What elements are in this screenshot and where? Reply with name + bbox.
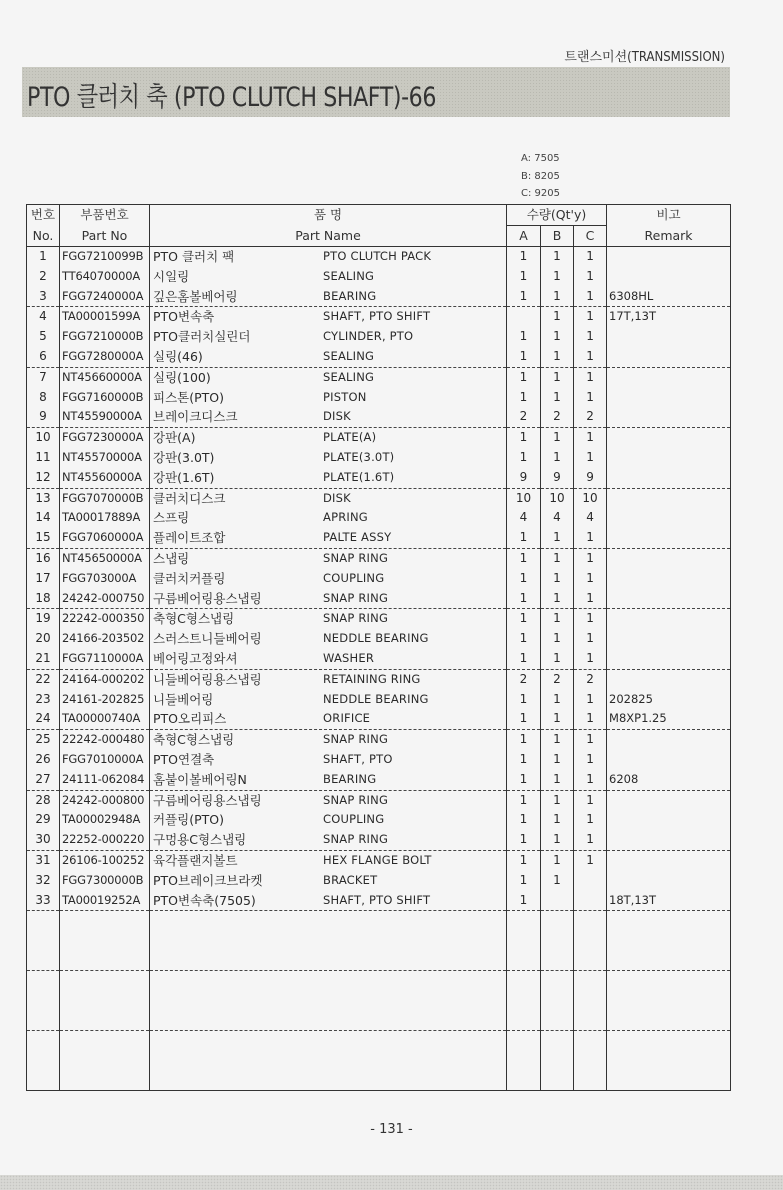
part-name-korean: 축형C형스냅링 (153, 609, 234, 629)
remark: 6308HL (607, 287, 731, 307)
part-name-english: SNAP RING (323, 830, 388, 850)
part-name-english: SEALING (323, 267, 374, 287)
part-number: 26106-100252 (60, 850, 150, 870)
row-number: 33 (27, 891, 60, 911)
part-name-english: PLATE(1.6T) (323, 468, 394, 488)
qty-b: 1 (541, 730, 574, 750)
qty-c: 1 (574, 629, 607, 649)
scan-edge (0, 1175, 783, 1190)
part-name-english: SNAP RING (323, 549, 388, 569)
qty-a: 1 (507, 871, 541, 891)
row-number: 1 (27, 247, 60, 267)
row-number: 28 (27, 790, 60, 810)
part-name-korean: 피스톤(PTO) (153, 388, 224, 408)
row-number: 30 (27, 830, 60, 850)
model-b: B: 8205 (521, 168, 560, 186)
remark: 6208 (607, 770, 731, 790)
qty-b: 1 (541, 267, 574, 287)
header-qty-c: C (574, 226, 607, 247)
part-name-korean: 브레이크디스크 (153, 407, 238, 427)
qty-a: 1 (507, 247, 541, 267)
table-row: 17FGG703000A클러치커플링COUPLING111 (27, 569, 731, 589)
remark (607, 428, 731, 448)
part-name-english: PLATE(A) (323, 428, 376, 448)
blank-cell (27, 911, 60, 971)
header-no-en: No. (27, 226, 60, 247)
page-title: PTO 클러치 축 (PTO CLUTCH SHAFT)-66 (27, 75, 436, 114)
row-number: 7 (27, 367, 60, 387)
table-row: 3126106-100252육각플랜지볼트HEX FLANGE BOLT111 (27, 850, 731, 870)
row-number: 32 (27, 871, 60, 891)
table-row: 2TT64070000A시일링SEALING111 (27, 267, 731, 287)
table-row: 2024166-203502스러스트니들베어링NEDDLE BEARING111 (27, 629, 731, 649)
part-name: PTO연결축SHAFT, PTO (150, 750, 507, 770)
qty-a: 1 (507, 629, 541, 649)
qty-a: 1 (507, 367, 541, 387)
part-name-english: HEX FLANGE BOLT (323, 851, 432, 871)
blank-row (27, 1031, 731, 1091)
part-name-korean: PTO 클러치 팩 (153, 247, 234, 267)
part-number: NT45660000A (60, 367, 150, 387)
part-name: PTO클러치실린더CYLINDER, PTO (150, 327, 507, 347)
part-number: FGG7240000A (60, 287, 150, 307)
title-banner: PTO 클러치 축 (PTO CLUTCH SHAFT)-66 (22, 67, 730, 117)
blank-cell (574, 971, 607, 1031)
header-part-no-kr: 부품번호 (60, 205, 150, 226)
header-part-no-en: Part No (60, 226, 150, 247)
qty-c: 1 (574, 428, 607, 448)
part-name-english: PTO CLUTCH PACK (323, 247, 431, 267)
part-name-korean: 니들베어링용스냅링 (153, 670, 262, 690)
remark (607, 810, 731, 830)
qty-c: 1 (574, 548, 607, 568)
qty-b: 1 (541, 790, 574, 810)
part-name-english: SNAP RING (323, 609, 388, 629)
qty-a: 2 (507, 407, 541, 427)
row-number: 25 (27, 730, 60, 750)
part-number: 24242-000800 (60, 790, 150, 810)
qty-b: 1 (541, 750, 574, 770)
qty-c: 1 (574, 609, 607, 629)
part-name-korean: 실링(100) (153, 368, 211, 388)
table-row: 2724111-062084홈붙이볼베어링NBEARING1116208 (27, 770, 731, 790)
row-number: 31 (27, 850, 60, 870)
blank-cell (507, 1031, 541, 1091)
qty-c: 1 (574, 709, 607, 729)
qty-a: 2 (507, 669, 541, 689)
remark (607, 247, 731, 267)
qty-a: 1 (507, 830, 541, 850)
table-row: 2324161-202825니들베어링NEDDLE BEARING1112028… (27, 690, 731, 710)
table-row: 3022252-000220구멍용C형스냅링SNAP RING111 (27, 830, 731, 850)
part-name-english: BEARING (323, 770, 376, 790)
part-number: TA00019252A (60, 891, 150, 911)
qty-a: 1 (507, 730, 541, 750)
part-name-korean: PTO변속축 (153, 307, 214, 327)
part-name: 브레이크디스크DISK (150, 407, 507, 427)
blank-cell (541, 971, 574, 1031)
part-name: 스러스트니들베어링NEDDLE BEARING (150, 629, 507, 649)
qty-c: 1 (574, 388, 607, 408)
qty-a: 1 (507, 589, 541, 609)
part-name: PTO변속축SHAFT, PTO SHIFT (150, 307, 507, 327)
row-number: 14 (27, 508, 60, 528)
part-number: 24111-062084 (60, 770, 150, 790)
row-number: 10 (27, 428, 60, 448)
part-name: 스프링APRING (150, 508, 507, 528)
remark (607, 569, 731, 589)
part-name: 클러치커플링COUPLING (150, 569, 507, 589)
qty-a: 1 (507, 649, 541, 669)
qty-a: 1 (507, 709, 541, 729)
part-name: 커플링(PTO)COUPLING (150, 810, 507, 830)
table-row: 24TA00000740APTO오리피스ORIFICE111M8XP1.25 (27, 709, 731, 729)
row-number: 6 (27, 347, 60, 367)
qty-b: 1 (541, 810, 574, 830)
part-name-english: PALTE ASSY (323, 528, 391, 548)
part-name: 강판(1.6T)PLATE(1.6T) (150, 468, 507, 488)
qty-b: 1 (541, 367, 574, 387)
qty-c: 1 (574, 448, 607, 468)
blank-cell (150, 911, 507, 971)
part-name: PTO오리피스ORIFICE (150, 709, 507, 729)
part-name: 강판(A)PLATE(A) (150, 428, 507, 448)
part-name: PTO 클러치 팩PTO CLUTCH PACK (150, 247, 507, 267)
qty-a: 1 (507, 891, 541, 911)
qty-b: 1 (541, 690, 574, 710)
table-row: 2224164-000202니들베어링용스냅링RETAINING RING222 (27, 669, 731, 689)
part-name-korean: 커플링(PTO) (153, 810, 224, 830)
part-name-korean: 홈붙이볼베어링N (153, 770, 247, 790)
part-name-korean: 구름베어링용스냅링 (153, 589, 262, 609)
remark (607, 347, 731, 367)
table-row: 32FGG7300000BPTO브레이크브라켓BRACKET11 (27, 871, 731, 891)
qty-a: 1 (507, 448, 541, 468)
part-name-korean: 스프링 (153, 508, 189, 528)
parts-table-body: 1FGG7210099BPTO 클러치 팩PTO CLUTCH PACK1112… (27, 247, 731, 1091)
qty-c: 2 (574, 407, 607, 427)
part-name-korean: 스냅링 (153, 549, 189, 569)
part-name-english: SHAFT, PTO SHIFT (323, 307, 430, 327)
qty-c: 1 (574, 287, 607, 307)
part-name-korean: 강판(3.0T) (153, 448, 214, 468)
header-remark-kr: 비고 (607, 205, 731, 226)
part-name-english: PLATE(3.0T) (323, 448, 394, 468)
part-name: 축형C형스냅링SNAP RING (150, 730, 507, 750)
table-row: 10FGG7230000A강판(A)PLATE(A)111 (27, 428, 731, 448)
qty-b: 1 (541, 609, 574, 629)
table-row: 33TA00019252APTO변속축(7505)SHAFT, PTO SHIF… (27, 891, 731, 911)
qty-a: 1 (507, 388, 541, 408)
part-number: TA00017889A (60, 508, 150, 528)
remark (607, 629, 731, 649)
part-name-korean: 실링(46) (153, 347, 203, 367)
qty-a: 4 (507, 508, 541, 528)
qty-c: 1 (574, 790, 607, 810)
part-name: 피스톤(PTO)PISTON (150, 388, 507, 408)
part-number: TA00001599A (60, 307, 150, 327)
part-name: 니들베어링용스냅링RETAINING RING (150, 669, 507, 689)
qty-c: 1 (574, 850, 607, 870)
blank-cell (60, 971, 150, 1031)
qty-a: 1 (507, 569, 541, 589)
part-name-korean: 베어링고정와셔 (153, 649, 238, 669)
qty-c: 1 (574, 528, 607, 548)
part-name-korean: 클러치커플링 (153, 569, 225, 589)
row-number: 9 (27, 407, 60, 427)
part-number: TA00002948A (60, 810, 150, 830)
qty-a: 1 (507, 428, 541, 448)
part-name: 육각플랜지볼트HEX FLANGE BOLT (150, 850, 507, 870)
blank-cell (507, 911, 541, 971)
part-name-english: DISK (323, 489, 351, 509)
qty-b: 1 (541, 287, 574, 307)
row-number: 11 (27, 448, 60, 468)
header-qty: 수량(Qt'y) (507, 205, 607, 226)
remark: 17T,13T (607, 307, 731, 327)
part-number: NT45650000A (60, 548, 150, 568)
qty-b: 1 (541, 548, 574, 568)
header-qty-b: B (541, 226, 574, 247)
remark (607, 548, 731, 568)
qty-b: 4 (541, 508, 574, 528)
qty-c (574, 871, 607, 891)
part-name: 스냅링SNAP RING (150, 548, 507, 568)
part-name: 실링(100)SEALING (150, 367, 507, 387)
qty-a (507, 307, 541, 327)
qty-c (574, 891, 607, 911)
part-name-english: NEDDLE BEARING (323, 629, 429, 649)
qty-c: 1 (574, 569, 607, 589)
remark (607, 730, 731, 750)
table-row: 29TA00002948A커플링(PTO)COUPLING111 (27, 810, 731, 830)
part-number: 24242-000750 (60, 589, 150, 609)
part-name-english: PISTON (323, 388, 367, 408)
part-name-korean: 강판(1.6T) (153, 468, 214, 488)
remark (607, 830, 731, 850)
qty-c: 4 (574, 508, 607, 528)
qty-a: 1 (507, 548, 541, 568)
remark: 202825 (607, 690, 731, 710)
row-number: 20 (27, 629, 60, 649)
row-number: 24 (27, 709, 60, 729)
part-number: FGG7070000B (60, 488, 150, 508)
qty-c: 1 (574, 247, 607, 267)
remark (607, 267, 731, 287)
row-number: 5 (27, 327, 60, 347)
row-number: 15 (27, 528, 60, 548)
part-name-english: SNAP RING (323, 589, 388, 609)
qty-c: 9 (574, 468, 607, 488)
table-row: 11NT45570000A강판(3.0T)PLATE(3.0T)111 (27, 448, 731, 468)
part-name-korean: PTO클러치실린더 (153, 327, 250, 347)
table-row: 8FGG7160000B피스톤(PTO)PISTON111 (27, 388, 731, 408)
table-row: 15FGG7060000A플레이트조합PALTE ASSY111 (27, 528, 731, 548)
part-number: NT45590000A (60, 407, 150, 427)
qty-c: 1 (574, 589, 607, 609)
part-name: 깊은홈볼베어링BEARING (150, 287, 507, 307)
qty-b: 10 (541, 488, 574, 508)
part-name-english: SNAP RING (323, 730, 388, 750)
part-number: 24161-202825 (60, 690, 150, 710)
remark (607, 750, 731, 770)
part-number: FGG7210000B (60, 327, 150, 347)
part-name-english: SHAFT, PTO (323, 750, 393, 770)
blank-cell (541, 911, 574, 971)
table-row: 1FGG7210099BPTO 클러치 팩PTO CLUTCH PACK111 (27, 247, 731, 267)
row-number: 29 (27, 810, 60, 830)
table-row: 1824242-000750구름베어링용스냅링SNAP RING111 (27, 589, 731, 609)
row-number: 19 (27, 609, 60, 629)
part-name-english: CYLINDER, PTO (323, 327, 413, 347)
qty-c: 1 (574, 649, 607, 669)
qty-c: 1 (574, 730, 607, 750)
remark (607, 468, 731, 488)
qty-a: 9 (507, 468, 541, 488)
table-row: 1922242-000350축형C형스냅링SNAP RING111 (27, 609, 731, 629)
blank-cell (607, 911, 731, 971)
qty-b: 1 (541, 830, 574, 850)
qty-b: 1 (541, 307, 574, 327)
part-number: 22252-000220 (60, 830, 150, 850)
qty-b (541, 891, 574, 911)
blank-row (27, 911, 731, 971)
part-name: 클러치디스크DISK (150, 488, 507, 508)
table-row: 21FGG7110000A베어링고정와셔WASHER111 (27, 649, 731, 669)
remark (607, 609, 731, 629)
remark (607, 669, 731, 689)
qty-b: 9 (541, 468, 574, 488)
row-number: 26 (27, 750, 60, 770)
part-name-korean: 육각플랜지볼트 (153, 851, 238, 871)
part-name-english: COUPLING (323, 810, 384, 830)
table-row: 9NT45590000A브레이크디스크DISK222 (27, 407, 731, 427)
part-name-english: NEDDLE BEARING (323, 690, 429, 710)
qty-c: 1 (574, 367, 607, 387)
header-part-name-en: Part Name (150, 226, 507, 247)
part-name-korean: PTO브레이크브라켓 (153, 871, 263, 891)
remark (607, 388, 731, 408)
remark (607, 649, 731, 669)
part-name-korean: 클러치디스크 (153, 489, 225, 509)
blank-cell (574, 1031, 607, 1091)
part-name: 니들베어링NEDDLE BEARING (150, 690, 507, 710)
qty-c: 1 (574, 690, 607, 710)
part-number: FGG7230000A (60, 428, 150, 448)
row-number: 3 (27, 287, 60, 307)
part-number: 22242-000350 (60, 609, 150, 629)
table-row: 3FGG7240000A깊은홈볼베어링BEARING1116308HL (27, 287, 731, 307)
part-name-korean: 플레이트조합 (153, 528, 225, 548)
qty-b: 1 (541, 770, 574, 790)
part-number: FGG7010000A (60, 750, 150, 770)
row-number: 4 (27, 307, 60, 327)
part-name-english: APRING (323, 508, 368, 528)
qty-b: 2 (541, 407, 574, 427)
qty-a: 10 (507, 488, 541, 508)
part-name-english: COUPLING (323, 569, 384, 589)
part-name: 강판(3.0T)PLATE(3.0T) (150, 448, 507, 468)
qty-a: 1 (507, 790, 541, 810)
part-name-english: ORIFICE (323, 709, 370, 729)
part-number: FGG7060000A (60, 528, 150, 548)
row-number: 8 (27, 388, 60, 408)
remark (607, 508, 731, 528)
part-name-korean: 축형C형스냅링 (153, 730, 234, 750)
blank-cell (27, 971, 60, 1031)
qty-b: 1 (541, 871, 574, 891)
blank-cell (607, 1031, 731, 1091)
qty-c: 1 (574, 810, 607, 830)
qty-a: 1 (507, 287, 541, 307)
part-name-korean: 구름베어링용스냅링 (153, 791, 262, 811)
remark (607, 488, 731, 508)
header-part-name-kr: 품 명 (150, 205, 507, 226)
remark (607, 589, 731, 609)
qty-b: 1 (541, 589, 574, 609)
table-row: 13FGG7070000B클러치디스크DISK101010 (27, 488, 731, 508)
remark (607, 850, 731, 870)
qty-c: 1 (574, 770, 607, 790)
part-name-english: SEALING (323, 368, 374, 388)
table-row: 5FGG7210000BPTO클러치실린더CYLINDER, PTO111 (27, 327, 731, 347)
qty-b: 1 (541, 347, 574, 367)
qty-c: 1 (574, 347, 607, 367)
qty-b: 1 (541, 649, 574, 669)
page-number: - 131 - (0, 1122, 783, 1137)
part-number: FGG7210099B (60, 247, 150, 267)
model-legend: A: 7505 B: 8205 C: 9205 (521, 150, 560, 203)
blank-cell (27, 1031, 60, 1091)
remark (607, 407, 731, 427)
part-number: 24164-000202 (60, 669, 150, 689)
part-name: 구름베어링용스냅링SNAP RING (150, 790, 507, 810)
qty-c: 10 (574, 488, 607, 508)
qty-c: 1 (574, 750, 607, 770)
part-name: 베어링고정와셔WASHER (150, 649, 507, 669)
model-a: A: 7505 (521, 150, 560, 168)
remark (607, 367, 731, 387)
part-name-korean: 스러스트니들베어링 (153, 629, 262, 649)
row-number: 23 (27, 690, 60, 710)
blank-cell (574, 911, 607, 971)
qty-a: 1 (507, 770, 541, 790)
part-number: 22242-000480 (60, 730, 150, 750)
part-name: 축형C형스냅링SNAP RING (150, 609, 507, 629)
part-number: FGG7280000A (60, 347, 150, 367)
part-name-korean: 구멍용C형스냅링 (153, 830, 246, 850)
qty-b: 1 (541, 709, 574, 729)
part-name-english: SHAFT, PTO SHIFT (323, 891, 430, 911)
part-number: NT45570000A (60, 448, 150, 468)
part-name-korean: 강판(A) (153, 428, 195, 448)
model-c: C: 9205 (521, 185, 560, 203)
qty-c: 1 (574, 830, 607, 850)
part-number: NT45560000A (60, 468, 150, 488)
qty-a: 1 (507, 528, 541, 548)
part-name-korean: PTO변속축(7505) (153, 891, 256, 911)
table-row: 12NT45560000A강판(1.6T)PLATE(1.6T)999 (27, 468, 731, 488)
remark (607, 871, 731, 891)
part-name: 구름베어링용스냅링SNAP RING (150, 589, 507, 609)
part-number: FGG7300000B (60, 871, 150, 891)
row-number: 22 (27, 669, 60, 689)
blank-cell (541, 1031, 574, 1091)
blank-cell (507, 971, 541, 1031)
table-row: 2522242-000480축형C형스냅링SNAP RING111 (27, 730, 731, 750)
table-row: 26FGG7010000APTO연결축SHAFT, PTO111 (27, 750, 731, 770)
row-number: 27 (27, 770, 60, 790)
